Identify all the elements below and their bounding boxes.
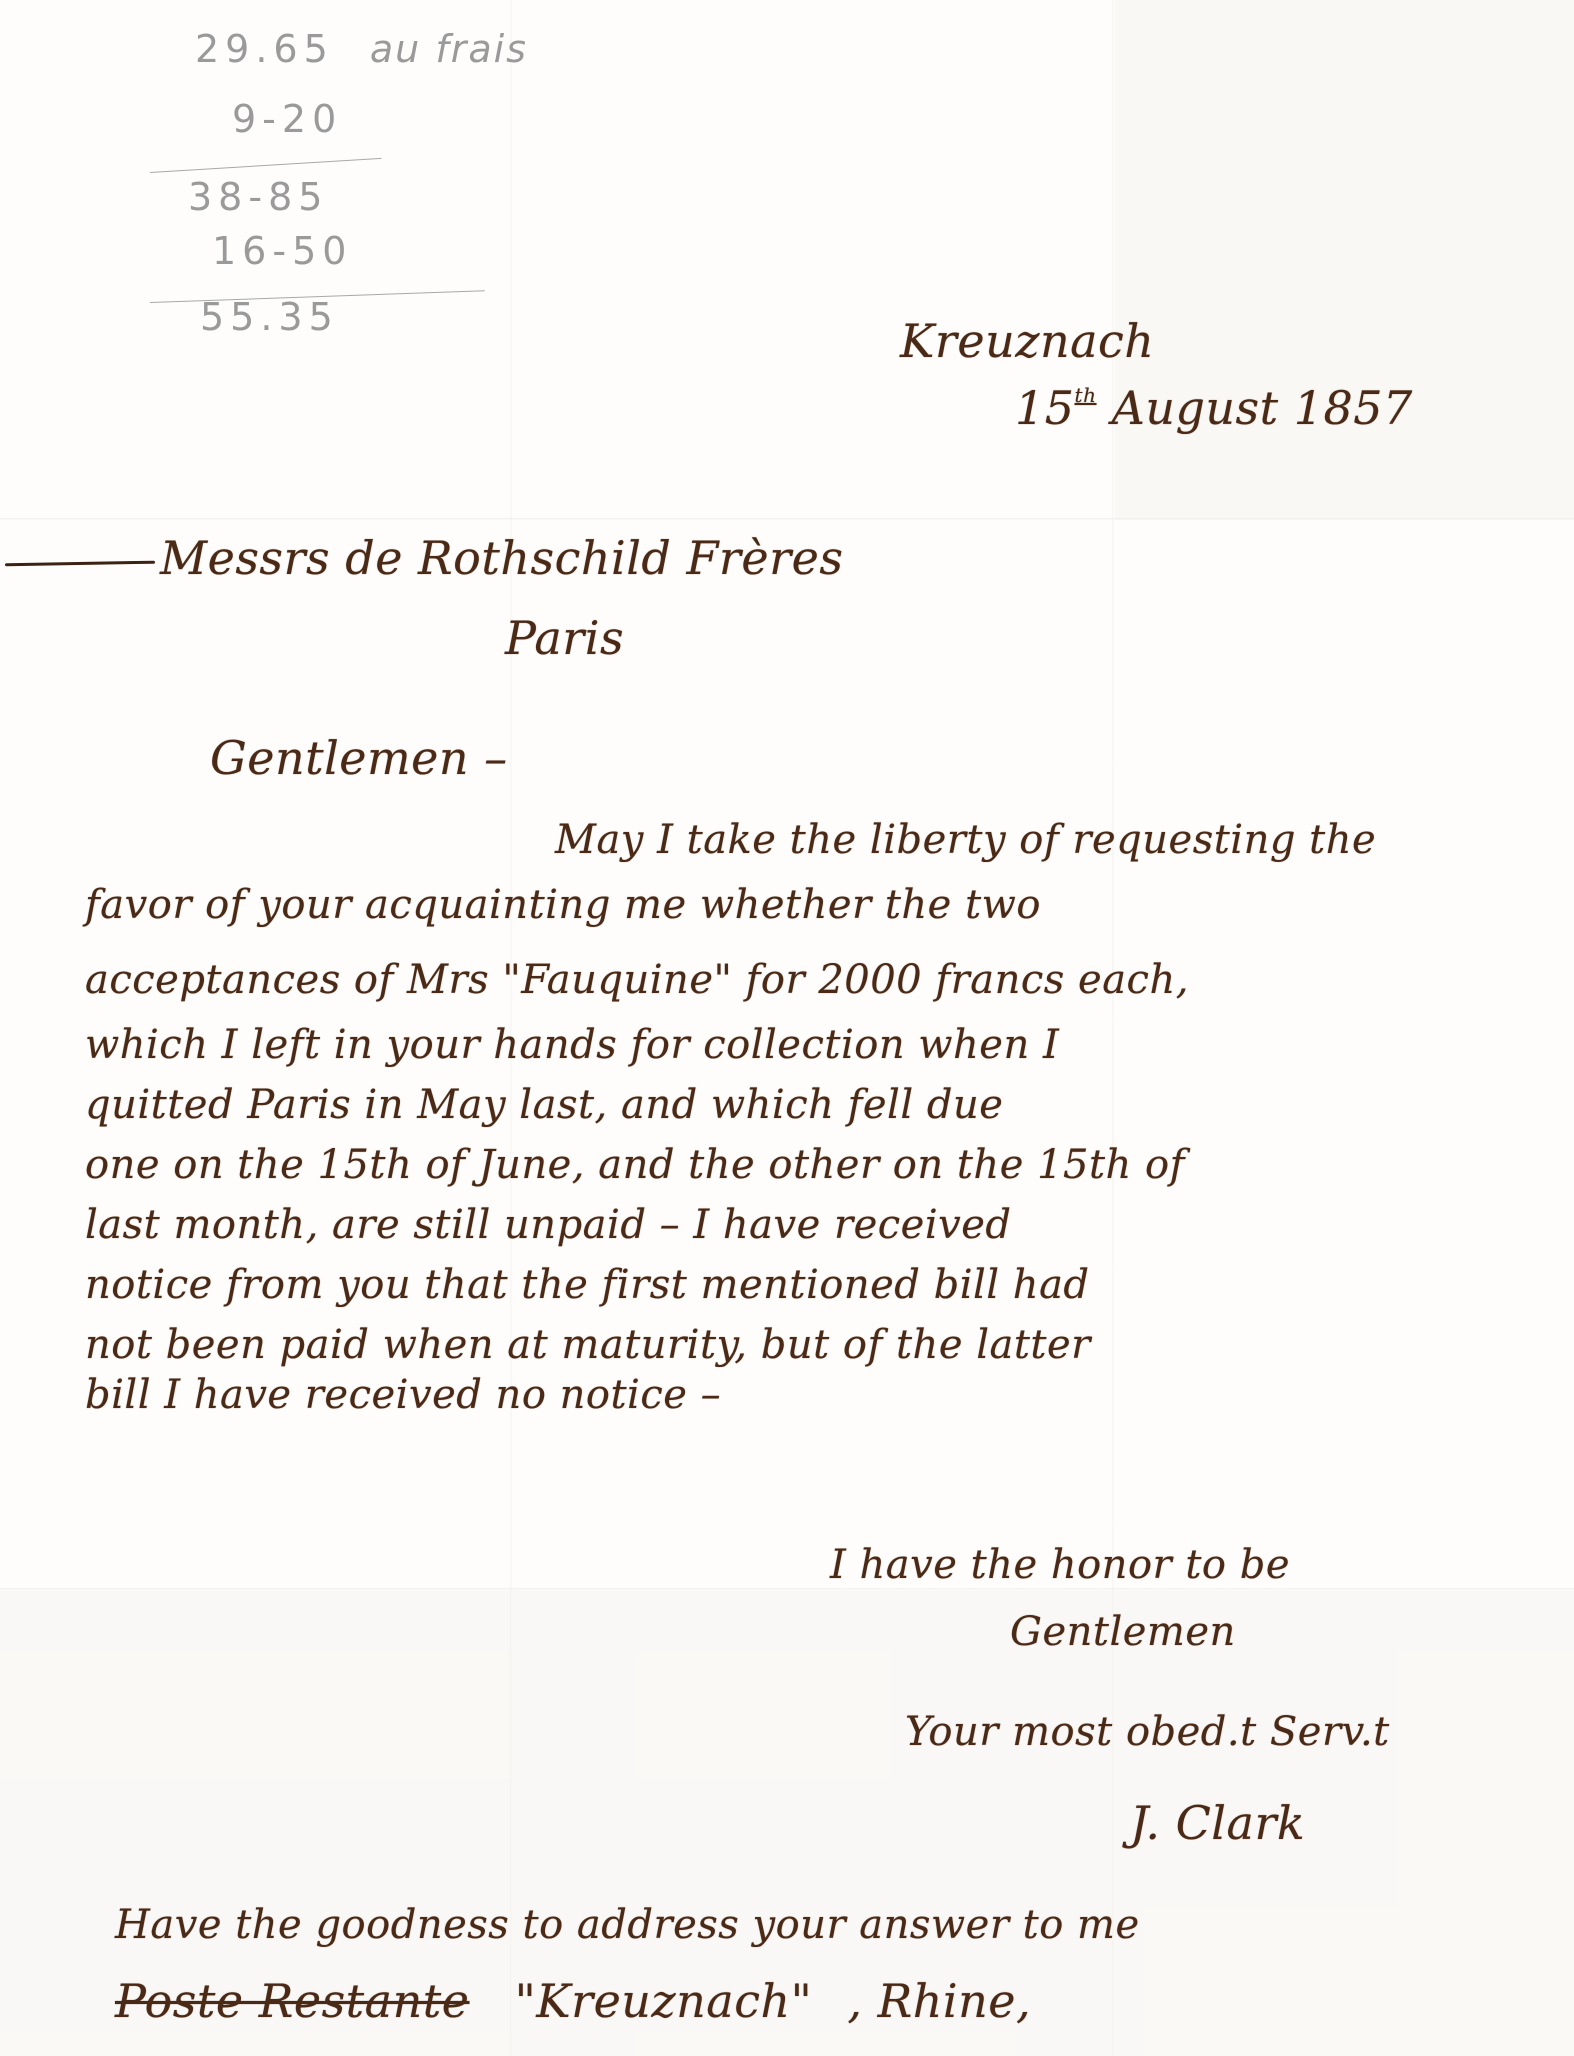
date-year: 1857 [1294, 381, 1413, 435]
body-line: bill I have received no notice – [85, 1375, 721, 1415]
postscript-address: Poste Restante "Kreuznach" , Rhine, [115, 1978, 1031, 2024]
body-line: quitted Paris in May last, and which fel… [85, 1085, 1003, 1125]
postscript-place: "Kreuznach" [515, 1974, 813, 2028]
body-line: not been paid when at maturity, but of t… [85, 1325, 1091, 1365]
closing-valediction: Your most obed.t Serv.t [905, 1712, 1390, 1752]
pencil-note: au frais [370, 27, 528, 71]
signature: J. Clark [1130, 1800, 1305, 1846]
pencil-line-2: 9-20 [232, 100, 342, 138]
body-line: one on the 15th of June, and the other o… [85, 1145, 1185, 1185]
body-line: acceptances of Mrs "Fauquine" for 2000 f… [85, 960, 1189, 1000]
addressee-name: Messrs de Rothschild Frères [160, 535, 843, 581]
date-day-suffix: th [1075, 383, 1097, 407]
pencil-sum-rule [150, 158, 382, 173]
postscript-region: , Rhine, [847, 1974, 1031, 2028]
pencil-line-4: 16-50 [212, 232, 352, 270]
salutation: Gentlemen – [210, 735, 508, 781]
body-line: notice from you that the first mentioned… [85, 1265, 1090, 1305]
paper-shading [1115, 0, 1574, 520]
body-line: May I take the liberty of requesting the [555, 820, 1376, 860]
letter-place: Kreuznach [900, 318, 1154, 364]
date-month: August [1112, 381, 1279, 435]
pencil-line-1: 29.65 au frais [195, 30, 528, 68]
postscript-line: Have the goodness to address your answer… [115, 1905, 1140, 1945]
body-line: favor of your acquainting me whether the… [85, 885, 1041, 925]
postscript-poste-restante: Poste Restante [115, 1974, 469, 2028]
addressee-city: Paris [505, 615, 624, 661]
letter-date: 15th August 1857 [1015, 385, 1413, 431]
pencil-line-3: 38-85 [188, 178, 328, 216]
closing-line: I have the honor to be [830, 1545, 1290, 1585]
addressee-flourish [5, 561, 155, 567]
letter-page: 29.65 au frais 9-20 38-85 16-50 55.35 Kr… [0, 0, 1574, 2056]
body-line: which I left in your hands for collectio… [85, 1025, 1059, 1065]
body-line: last month, are still unpaid – I have re… [85, 1205, 1012, 1245]
date-day: 15 [1015, 381, 1075, 435]
pencil-value: 29.65 [195, 27, 334, 71]
pencil-line-5: 55.35 [200, 298, 339, 336]
closing-salutation: Gentlemen [1010, 1612, 1236, 1652]
